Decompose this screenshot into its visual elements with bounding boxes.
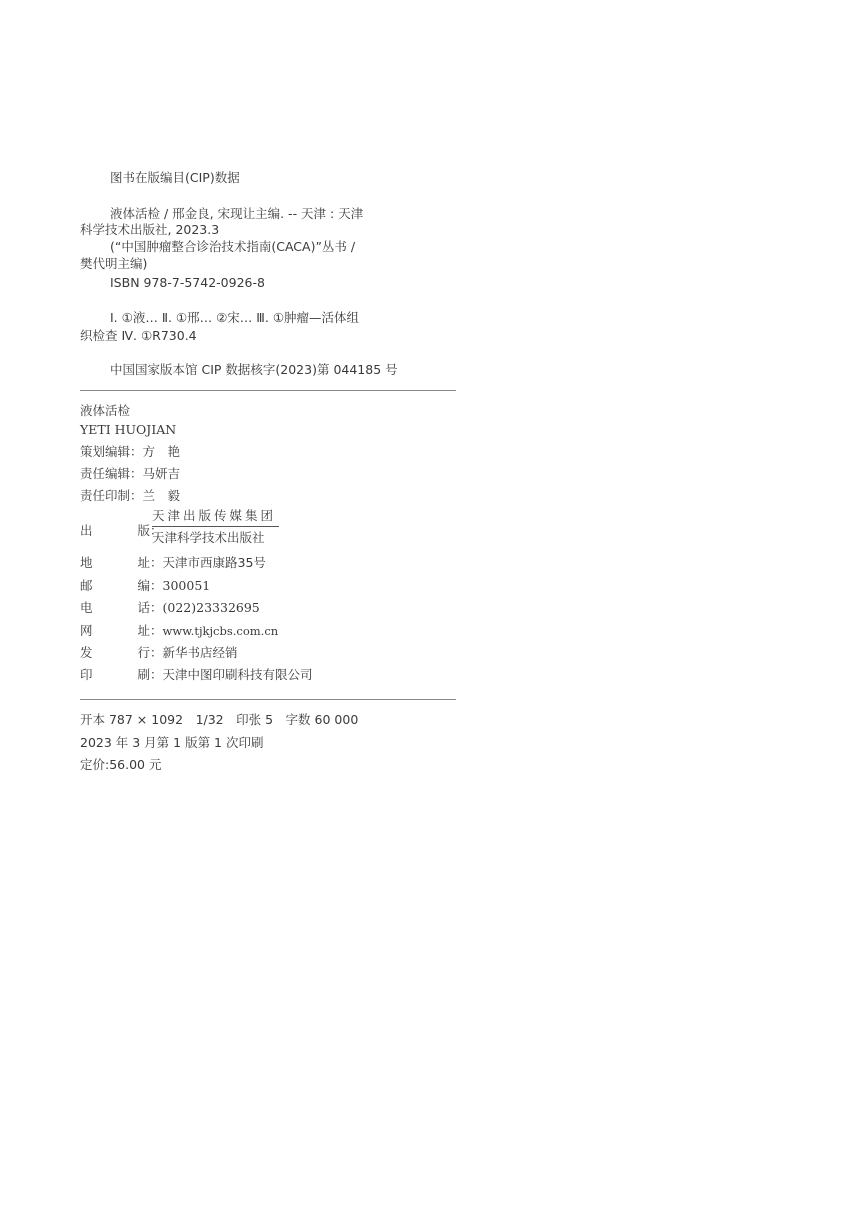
- credit-row: 策划编辑：方 艳: [80, 444, 180, 460]
- info-label: 网址: [80, 623, 150, 639]
- label-char: 址: [137, 623, 150, 639]
- colon: ：: [130, 444, 143, 460]
- label-char: 话: [137, 600, 150, 616]
- credit-value: 兰 毅: [143, 488, 181, 504]
- cip-heading: 图书在版编目(CIP)数据: [110, 170, 240, 186]
- credit-label: 责任印制: [80, 488, 130, 504]
- book-title-pinyin: YETI HUOJIAN: [80, 422, 176, 438]
- cip-entry-line2: 科学技术出版社, 2023.3: [80, 222, 219, 238]
- divider-bottom: [80, 699, 456, 700]
- cip-series-line2: 樊代明主编): [80, 256, 147, 272]
- label-char: 刷: [137, 667, 150, 683]
- info-label: 印刷: [80, 667, 150, 683]
- info-row-website: 网址：www.tjkjcbs.com.cn: [80, 623, 278, 639]
- credit-row: 责任编辑：马妍吉: [80, 466, 180, 482]
- info-value: 天津中图印刷科技有限公司: [163, 667, 313, 683]
- info-row-printer: 印刷：天津中图印刷科技有限公司: [80, 667, 313, 683]
- colophon-format: 开本 787 × 1092 1/32 印张 5 字数 60 000: [80, 712, 358, 728]
- publisher-label: 出版: [80, 523, 150, 539]
- colon: ：: [150, 667, 163, 683]
- colon: ：: [150, 645, 163, 661]
- publisher-group: 天津出版传媒集团: [152, 508, 279, 527]
- cip-series-line1: (“中国肿瘤整合诊治技术指南(CACA)”丛书 /: [110, 239, 355, 255]
- info-value: 天津市西康路35号: [163, 555, 266, 571]
- info-row-phone: 电话：(022)23332695: [80, 600, 260, 616]
- credit-label: 责任编辑: [80, 466, 130, 482]
- credit-label: 策划编辑: [80, 444, 130, 460]
- divider-top: [80, 390, 456, 391]
- info-label: 地址: [80, 555, 150, 571]
- label-char: 出: [80, 523, 93, 539]
- credit-value: 方 艳: [143, 444, 181, 460]
- info-label: 邮编: [80, 578, 150, 594]
- colon: ：: [130, 466, 143, 482]
- cip-verification: 中国国家版本馆 CIP 数据核字(2023)第 044185 号: [110, 362, 398, 378]
- label-char: 地: [80, 555, 93, 571]
- colon: ：: [150, 555, 163, 571]
- label-char: 行: [137, 645, 150, 661]
- publisher-block: 天津出版传媒集团 天津科学技术出版社: [152, 508, 279, 546]
- label-char: 址: [137, 555, 150, 571]
- info-value: 新华书店经销: [163, 645, 238, 661]
- colon: ：: [150, 623, 163, 639]
- cip-subject-line1: Ⅰ. ①液… Ⅱ. ①邢… ②宋… Ⅲ. ①肿瘤—活体组: [110, 310, 359, 326]
- colon: ：: [150, 600, 163, 616]
- info-row-distribution: 发行：新华书店经销: [80, 645, 238, 661]
- label-char: 编: [137, 578, 150, 594]
- label-char: 电: [80, 600, 93, 616]
- info-label: 电话: [80, 600, 150, 616]
- label-char: 发: [80, 645, 93, 661]
- cip-entry-line1: 液体活检 / 邢金良, 宋现让主编. -- 天津 : 天津: [110, 206, 363, 222]
- info-value: (022)23332695: [163, 600, 260, 616]
- colophon-price: 定价:56.00 元: [80, 757, 161, 773]
- cip-subject-line2: 织检查 Ⅳ. ①R730.4: [80, 328, 197, 344]
- label-char: 网: [80, 623, 93, 639]
- colon: ：: [130, 488, 143, 504]
- colophon-edition: 2023 年 3 月第 1 版第 1 次印刷: [80, 735, 263, 751]
- credit-row: 责任印制：兰 毅: [80, 488, 180, 504]
- label-char: 印: [80, 667, 93, 683]
- info-value: 300051: [163, 578, 211, 594]
- credit-value: 马妍吉: [143, 466, 181, 482]
- cip-isbn: ISBN 978-7-5742-0926-8: [110, 275, 265, 291]
- website-link[interactable]: www.tjkjcbs.com.cn: [163, 623, 279, 639]
- label-char: 邮: [80, 578, 93, 594]
- info-row-address: 地址：天津市西康路35号: [80, 555, 266, 571]
- info-row-postcode: 邮编：300051: [80, 578, 210, 594]
- info-label: 发行: [80, 645, 150, 661]
- colon: ：: [150, 578, 163, 594]
- label-char: 版: [137, 523, 150, 539]
- publisher-row: 出版：: [80, 523, 163, 539]
- book-title-cn: 液体活检: [80, 403, 130, 419]
- publisher-press: 天津科学技术出版社: [152, 527, 279, 546]
